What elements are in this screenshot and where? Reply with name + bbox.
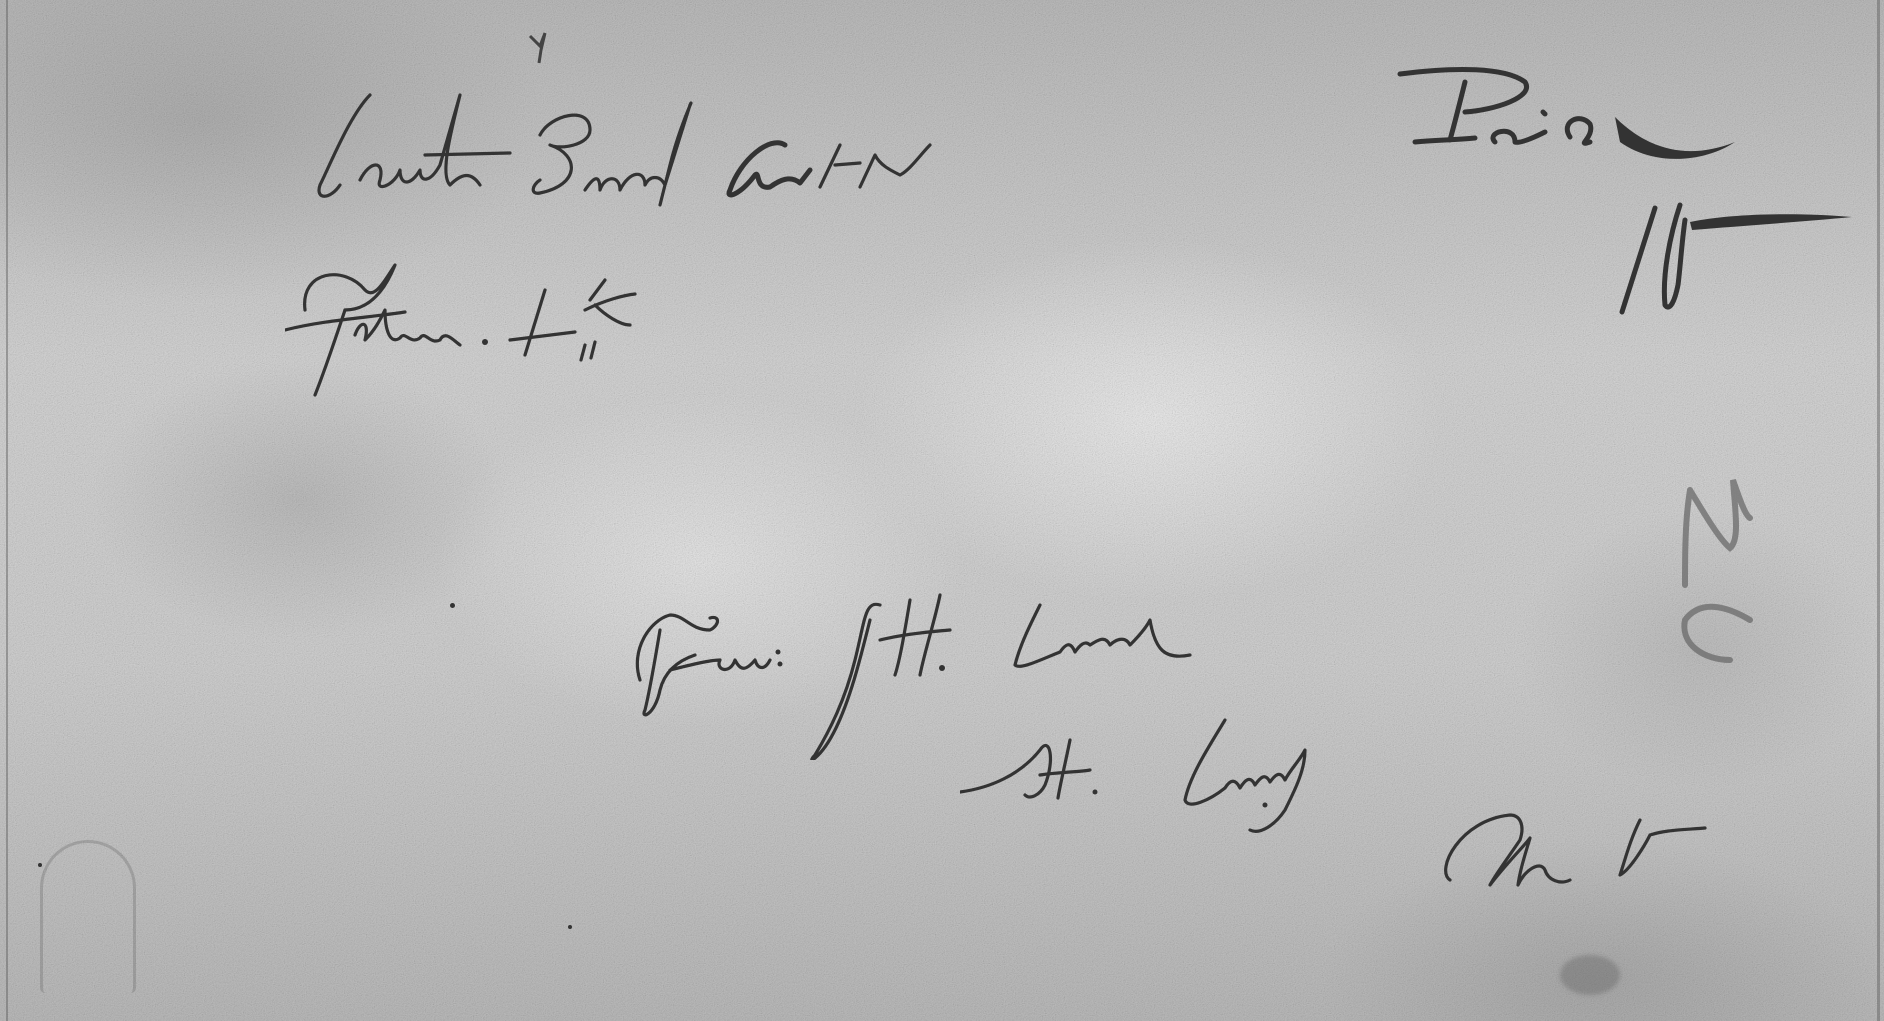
ink-stain: [1560, 955, 1620, 995]
address-city-handwriting: St Louis: [960, 710, 1500, 840]
ink-dot: [568, 925, 572, 929]
paper-tear-mark: [525, 28, 555, 68]
pencil-notation-handwriting: 20: [1665, 460, 1775, 670]
envelope-left-edge: [6, 0, 8, 1021]
envelope: South Bend Arkas Febua 4th Paid: [0, 0, 1884, 1021]
paid-marking-handwriting: Paid: [1395, 62, 1735, 172]
fold-impression: [40, 840, 136, 993]
dateline-date-handwriting: Febua 4th: [285, 250, 805, 410]
envelope-right-edge: [1877, 0, 1880, 1021]
postal-rate-handwriting: 10: [1610, 200, 1860, 320]
ink-dot: [38, 863, 42, 867]
ink-dot: [450, 603, 455, 608]
dateline-origin-handwriting: South Bend Arkas: [300, 75, 1180, 245]
address-state-handwriting: Mo: [1430, 800, 1710, 900]
